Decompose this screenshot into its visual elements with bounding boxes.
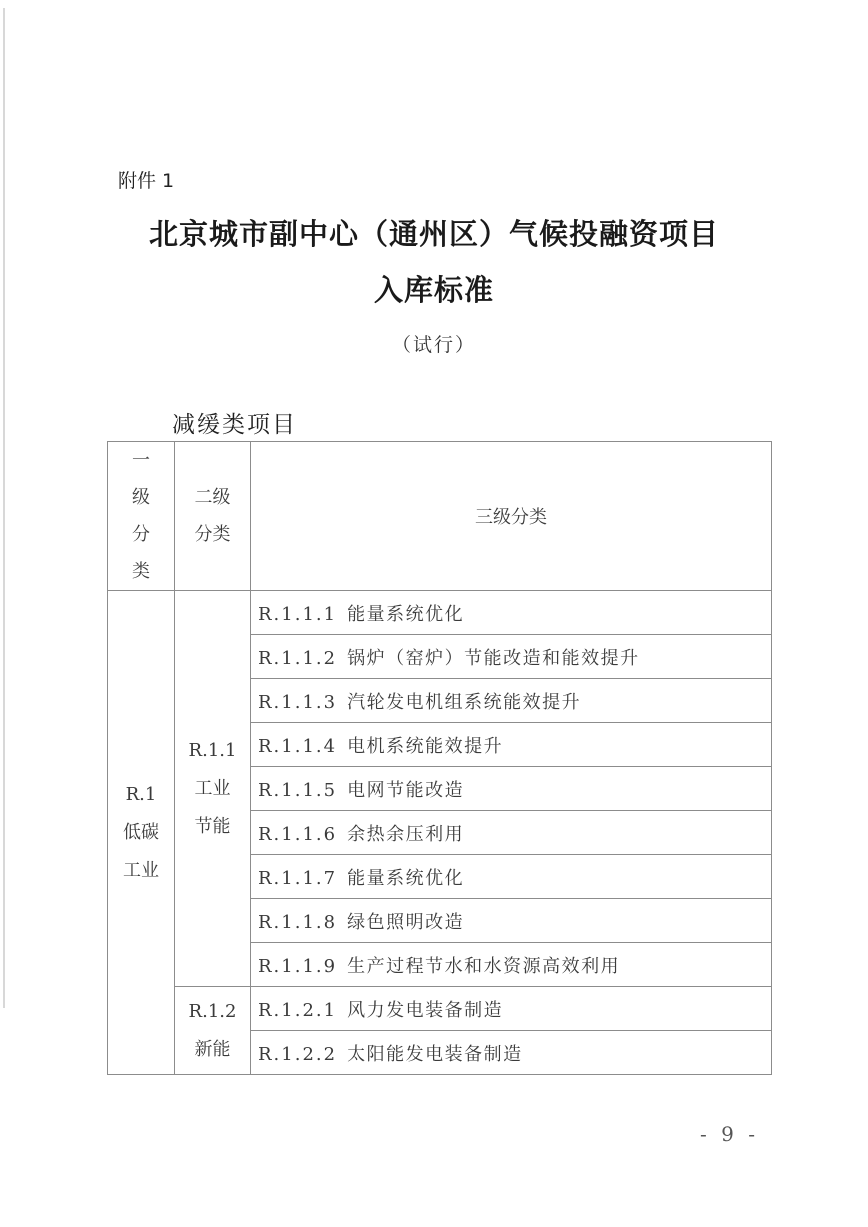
item-name: 余热余压利用 xyxy=(347,824,464,845)
item-name: 汽轮发电机组系统能效提升 xyxy=(347,692,581,713)
item-code: R.1.1.6 xyxy=(258,824,337,845)
level2-name: 新能 xyxy=(175,1031,250,1069)
level3-item: R.1.1.7能量系统优化 xyxy=(251,855,772,899)
level2-cell: R.1.1 工业 节能 xyxy=(175,591,251,987)
level3-item: R.1.1.6余热余压利用 xyxy=(251,811,772,855)
header-level1-char: 类 xyxy=(108,553,174,590)
item-code: R.1.2.2 xyxy=(258,1044,337,1065)
scan-edge-line xyxy=(3,8,5,1008)
header-level1-char: 分 xyxy=(108,516,174,553)
level3-item: R.1.2.1风力发电装备制造 xyxy=(251,987,772,1031)
item-code: R.1.1.1 xyxy=(258,604,337,625)
item-code: R.1.1.7 xyxy=(258,868,337,889)
item-name: 锅炉（窑炉）节能改造和能效提升 xyxy=(347,648,640,669)
level1-cell: R.1 低碳 工业 xyxy=(108,591,175,1075)
level2-code: R.1.1 xyxy=(175,732,250,770)
header-level2: 二级 分类 xyxy=(175,442,251,591)
level2-name: 节能 xyxy=(175,808,250,846)
header-level2-line: 分类 xyxy=(175,516,250,553)
item-code: R.1.1.5 xyxy=(258,780,337,801)
table-row: R.1.2 新能 R.1.2.1风力发电装备制造 xyxy=(108,987,772,1031)
item-code: R.1.1.3 xyxy=(258,692,337,713)
attachment-label: 附件 1 xyxy=(118,166,174,193)
item-name: 太阳能发电装备制造 xyxy=(347,1044,523,1065)
level3-item: R.1.1.5电网节能改造 xyxy=(251,767,772,811)
level3-item: R.1.1.3汽轮发电机组系统能效提升 xyxy=(251,679,772,723)
document-subtitle: （试行） xyxy=(0,330,868,357)
table-header-row: 一 级 分 类 二级 分类 三级分类 xyxy=(108,442,772,591)
level3-item: R.1.2.2太阳能发电装备制造 xyxy=(251,1031,772,1075)
document-title-line-2: 入库标准 xyxy=(0,268,868,309)
level2-code: R.1.2 xyxy=(175,993,250,1031)
header-level3: 三级分类 xyxy=(251,442,772,591)
level1-name: 工业 xyxy=(108,852,174,890)
item-code: R.1.1.2 xyxy=(258,648,337,669)
item-name: 能量系统优化 xyxy=(347,868,464,889)
classification-table: 一 级 分 类 二级 分类 三级分类 R.1 低碳 工业 R.1.1 工业 节能… xyxy=(107,441,772,1075)
level3-item: R.1.1.8绿色照明改造 xyxy=(251,899,772,943)
table-row: R.1 低碳 工业 R.1.1 工业 节能 R.1.1.1能量系统优化 xyxy=(108,591,772,635)
item-name: 电网节能改造 xyxy=(347,780,464,801)
item-code: R.1.1.9 xyxy=(258,956,337,977)
level1-name: 低碳 xyxy=(108,814,174,852)
header-level2-line: 二级 xyxy=(175,479,250,516)
page-number: - 9 - xyxy=(700,1122,759,1146)
document-title-line-1: 北京城市副中心（通州区）气候投融资项目 xyxy=(0,212,868,253)
item-name: 能量系统优化 xyxy=(347,604,464,625)
item-name: 电机系统能效提升 xyxy=(347,736,503,757)
item-code: R.1.2.1 xyxy=(258,1000,337,1021)
header-level1: 一 级 分 类 xyxy=(108,442,175,591)
section-heading: 减缓类项目 xyxy=(172,406,297,439)
item-name: 绿色照明改造 xyxy=(347,912,464,933)
item-code: R.1.1.8 xyxy=(258,912,337,933)
item-name: 风力发电装备制造 xyxy=(347,1000,503,1021)
level3-item: R.1.1.1能量系统优化 xyxy=(251,591,772,635)
item-code: R.1.1.4 xyxy=(258,736,337,757)
level3-item: R.1.1.2锅炉（窑炉）节能改造和能效提升 xyxy=(251,635,772,679)
level2-cell: R.1.2 新能 xyxy=(175,987,251,1075)
item-name: 生产过程节水和水资源高效利用 xyxy=(347,956,620,977)
level3-item: R.1.1.4电机系统能效提升 xyxy=(251,723,772,767)
level3-item: R.1.1.9生产过程节水和水资源高效利用 xyxy=(251,943,772,987)
level1-code: R.1 xyxy=(108,776,174,814)
header-level1-char: 级 xyxy=(108,479,174,516)
level2-name: 工业 xyxy=(175,770,250,808)
header-level1-char: 一 xyxy=(108,442,174,479)
